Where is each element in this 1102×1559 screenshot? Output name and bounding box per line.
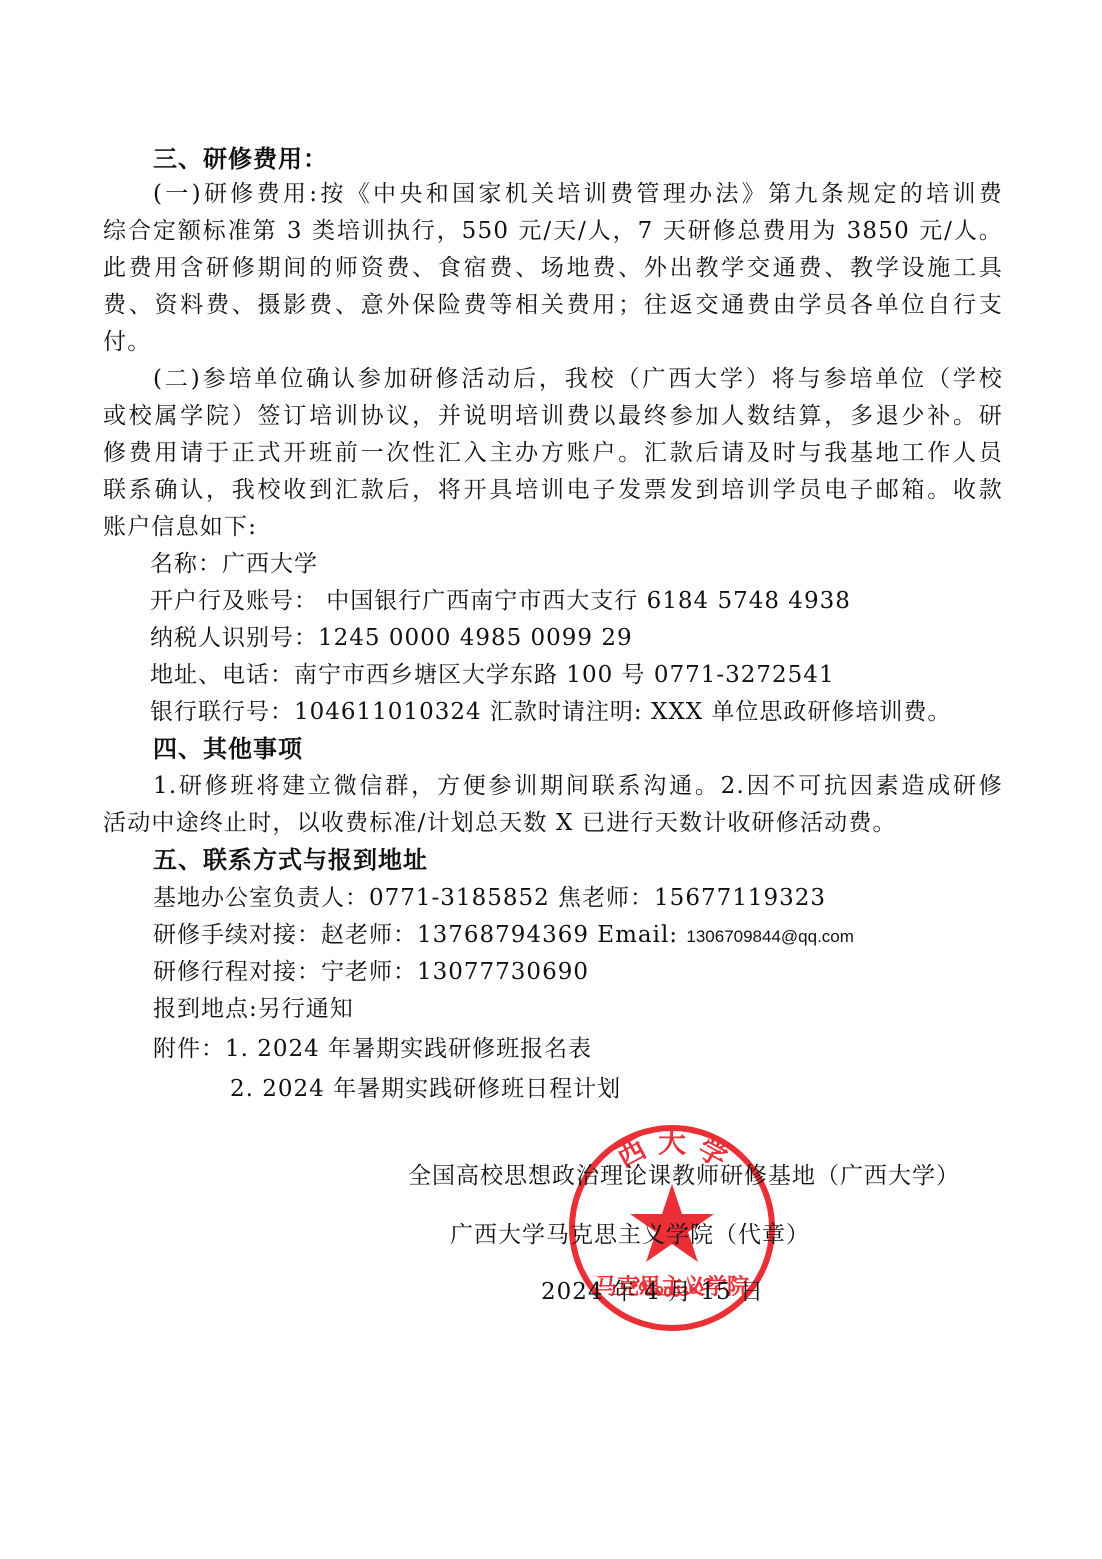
paragraph-line: 或校属学院）签订培训协议，并说明培训费以最终参加人数结算，多退少补。研 [103,398,1003,435]
report-location: 报到地点:另行通知 [153,991,354,1028]
account-name-label: 名称： [150,551,222,577]
procedures-contact: 研修手续对接：赵老师：13768794369 Email: 1306709844… [153,917,854,955]
section-heading-other: 四、其他事项 [153,731,303,768]
signature-date: 2024 年 4 月 15 日 [541,1274,764,1311]
signature-org-1: 全国高校思想政治理论课教师研修基地（广西大学） [408,1158,960,1195]
procedures-text: 研修手续对接：赵老师：13768794369 Email: [153,922,686,948]
paragraph-line: 综合定额标准第 3 类培训执行，550 元/天/人，7 天研修总费用为 3850… [103,213,1003,250]
bank-code-label: 银行联行号： [150,699,294,725]
tax-value: 1245 0000 4985 0099 29 [318,625,633,651]
office-contact: 基地办公室负责人：0771-3185852 焦老师：15677119323 [153,880,826,917]
paragraph-line: 费、资料费、摄影费、意外保险费等相关费用；往返交通费由学员各单位自行支 [103,287,1003,324]
attachment-1: 附件：1. 2024 年暑期实践研修班报名表 [153,1031,592,1068]
paragraph-line: 修费用请于正式开班前一次性汇入主办方账户。汇款后请及时与我基地工作人员 [103,435,1003,472]
attachment-2: 2. 2024 年暑期实践研修班日程计划 [230,1071,621,1108]
tax-label: 纳税人识别号： [150,625,318,651]
paragraph-line: 账户信息如下: [103,509,1003,546]
attachment-item: 1. 2024 年暑期实践研修班报名表 [225,1036,592,1062]
paragraph-line: (二)参培单位确认参加研修活动后，我校（广西大学）将与参培单位（学校 [153,361,1003,398]
account-name: 名称：广西大学 [150,546,318,583]
paragraph-line: 联系确认，我校收到汇款后，将开具培训电子发票发到培训学员电子邮箱。收款 [103,472,1003,509]
account-bank: 开户行及账号： 中国银行广西南宁市西大支行 6184 5748 4938 [150,583,851,620]
account-tax-id: 纳税人识别号：1245 0000 4985 0099 29 [150,620,633,657]
paragraph-line: 1.研修班将建立微信群，方便参训期间联系沟通。2.因不可抗因素造成研修 [153,768,1003,805]
bank-code-value: 104611010324 汇款时请注明: XXX 单位思政研修培训费。 [294,699,951,725]
section-heading-fees: 三、研修费用： [153,141,328,178]
bank-value: 中国银行广西南宁市西大支行 6184 5748 4938 [318,588,851,614]
address-value: 南宁市西乡塘区大学东路 100 号 0771-3272541 [294,662,835,688]
paragraph-line: 此费用含研修期间的师资费、食宿费、场地费、外出教学交通费、教学设施工具 [103,250,1003,287]
account-bank-code: 银行联行号：104611010324 汇款时请注明: XXX 单位思政研修培训费… [150,694,951,731]
document-page: 三、研修费用： (一)研修费用:按《中央和国家机关培训费管理办法》第九条规定的培… [0,0,1102,1559]
paragraph-line: 付。 [103,324,1003,361]
itinerary-contact: 研修行程对接：宁老师：13077730690 [153,954,589,991]
email-link[interactable]: 1306709844@qq.com [686,927,854,946]
paragraph-line: (一)研修费用:按《中央和国家机关培训费管理办法》第九条规定的培训费 [153,176,1003,213]
paragraph-line: 活动中途终止时，以收费标准/计划总天数 X 已进行天数计收研修活动费。 [103,805,1003,842]
address-label: 地址、电话： [150,662,294,688]
signature-org-2: 广西大学马克思主义学院（代章） [450,1217,810,1254]
account-name-value: 广西大学 [222,551,318,577]
section-heading-contact: 五、联系方式与报到地址 [153,842,428,879]
account-address: 地址、电话：南宁市西乡塘区大学东路 100 号 0771-3272541 [150,657,835,694]
attachments-label: 附件： [153,1036,225,1062]
bank-label: 开户行及账号： [150,588,318,614]
